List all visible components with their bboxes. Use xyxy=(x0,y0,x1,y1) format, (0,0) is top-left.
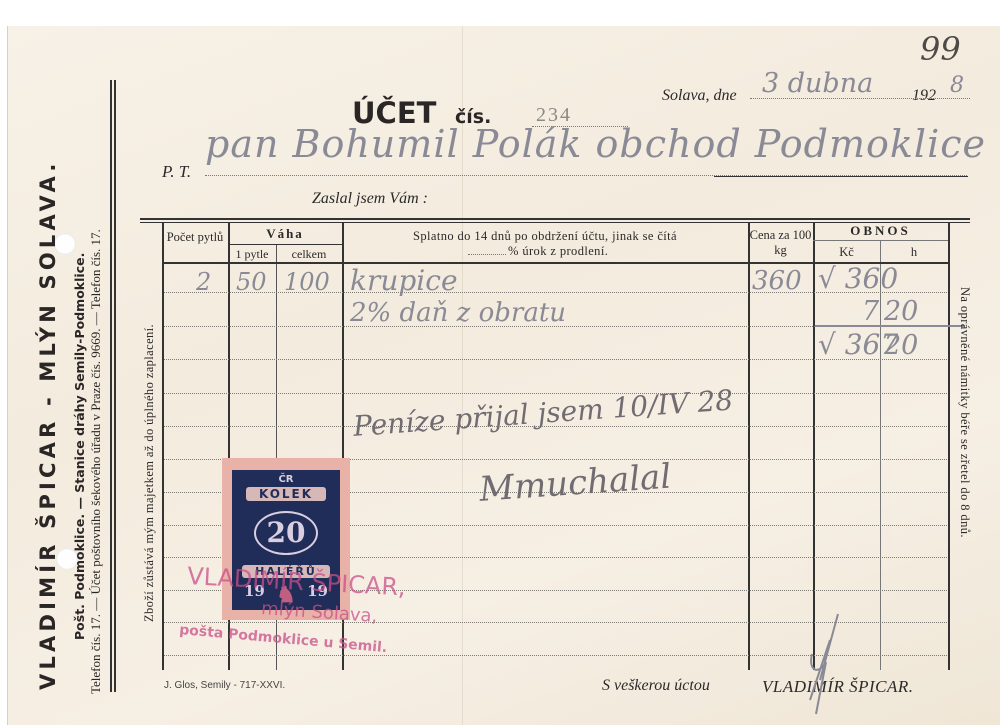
company-contact: Telefon čís. 17. — Účet poštovního šekov… xyxy=(88,229,104,694)
table-top-rule xyxy=(140,218,970,220)
row3-h: 20 xyxy=(884,330,918,361)
page-number: 99 xyxy=(920,30,961,68)
recipient-underline xyxy=(714,176,968,177)
year-suffix: 8 xyxy=(950,73,964,98)
amount-header-split xyxy=(813,240,948,241)
place-date-label: Solava, dne xyxy=(662,87,737,105)
signature-scribble xyxy=(790,610,850,720)
row2-h: 20 xyxy=(884,296,918,327)
row-divider xyxy=(164,393,947,394)
row2-description: 2% daň z obratu xyxy=(350,298,566,328)
closing-text: S veškerou úctou xyxy=(602,677,710,695)
row1-description: krupice xyxy=(350,264,458,297)
row2-kc: 7 xyxy=(862,296,879,327)
year-prefix: 192 xyxy=(912,87,936,105)
sidebar-rule xyxy=(110,80,112,692)
row1-kc: √ 360 xyxy=(818,262,898,295)
row1-per-bag: 50 xyxy=(236,268,267,296)
sum-line xyxy=(815,325,965,327)
row1-price: 360 xyxy=(752,266,802,296)
table-col-line xyxy=(748,222,750,670)
row1-total: 100 xyxy=(284,268,330,296)
stamp-label: KOLEK xyxy=(246,487,326,501)
company-name: VLADIMÍR ŠPICAR - MLÝN SOLAVA. xyxy=(36,159,60,690)
header-price: Cena za 100 kg xyxy=(748,228,813,258)
sidebar-rule xyxy=(114,80,116,692)
terms-line2-text: % úrok z prodlení. xyxy=(508,244,608,258)
header-amount-h: h xyxy=(880,245,948,260)
header-amount-kc: Kč xyxy=(813,245,880,260)
interest-blank xyxy=(468,254,506,255)
date-handwritten: 3 dubna xyxy=(762,68,873,99)
header-terms-line2: % úrok z prodlení. xyxy=(468,244,608,259)
table-border-left xyxy=(162,222,164,670)
header-terms-line1: Splatno do 14 dnů po obdržení účtu, jina… xyxy=(342,229,748,244)
header-weight-per-bag: 1 pytle xyxy=(228,247,276,262)
header-weight-total: celkem xyxy=(276,247,342,262)
weight-header-split xyxy=(228,244,342,245)
header-weight: Váha xyxy=(228,226,342,242)
pt-label: P. T. xyxy=(162,162,191,182)
printer-imprint: J. Glos, Semily - 717-XXVI. xyxy=(164,680,285,691)
table-col-line xyxy=(813,222,815,670)
header-count: Počet pytlů xyxy=(164,230,226,244)
row1-count: 2 xyxy=(196,268,211,296)
objection-note: Na oprávněné námitky béře se zřetel do 8… xyxy=(957,287,972,538)
ownership-note: Zboží zůstává mým majetkem až do úplného… xyxy=(142,324,157,622)
sent-label: Zaslal jsem Vám : xyxy=(312,190,428,208)
table-border-right xyxy=(948,222,950,670)
date-dotted-line xyxy=(750,98,970,99)
company-address: Pošt. Podmoklice. — Stanice dráhy Semily… xyxy=(72,253,87,640)
recipient-handwritten: pan Bohumil Polák obchod Podmoklice xyxy=(205,122,986,166)
table-col-line xyxy=(880,240,881,670)
header-amount: OBNOS xyxy=(813,223,948,239)
stamp-value: 20 xyxy=(254,511,318,555)
stamp-top: ČR xyxy=(232,474,340,485)
